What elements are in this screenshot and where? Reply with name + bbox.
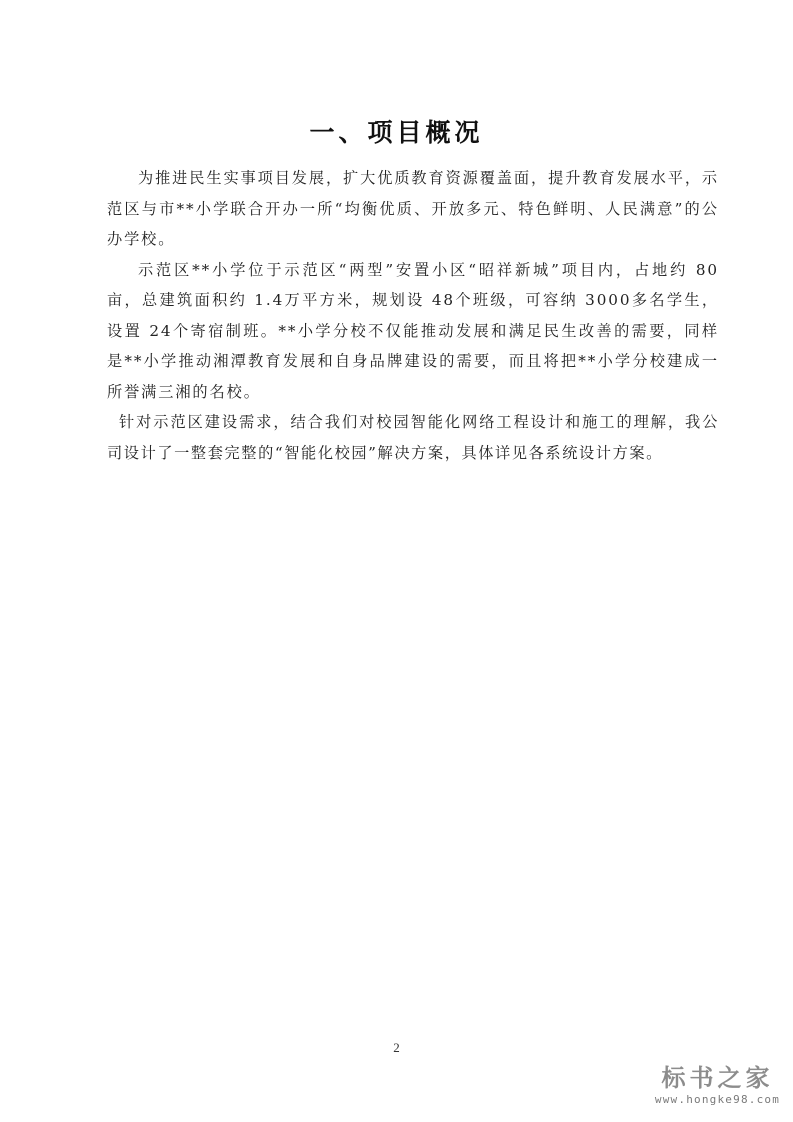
section-title: 一、项目概况: [0, 113, 793, 149]
document-body: 为推进民生实事项目发展，扩大优质教育资源覆盖面，提升教育发展水平，示范区与市**…: [107, 163, 719, 468]
document-page: 一、项目概况 为推进民生实事项目发展，扩大优质教育资源覆盖面，提升教育发展水平，…: [0, 0, 793, 1122]
watermark-logo: 标书之家 www.hongke98.com: [645, 1064, 790, 1108]
paragraph-solution: 针对示范区建设需求，结合我们对校园智能化网络工程设计和施工的理解，我公司设计了一…: [107, 407, 719, 468]
page-number: 2: [0, 1040, 793, 1056]
paragraph-intro: 为推进民生实事项目发展，扩大优质教育资源覆盖面，提升教育发展水平，示范区与市**…: [107, 163, 719, 255]
paragraph-school-details: 示范区**小学位于示范区“两型”安置小区“昭祥新城”项目内，占地约 80亩，总建…: [107, 255, 719, 408]
watermark-brand-text: 标书之家: [645, 1064, 790, 1092]
watermark-url-text: www.hongke98.com: [645, 1092, 790, 1108]
